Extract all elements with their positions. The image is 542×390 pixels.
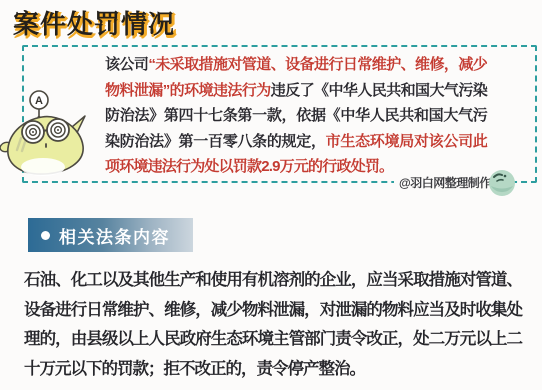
green-logo-stamp-icon: [487, 167, 517, 197]
law-article-text: 石油、化工以及其他生产和使用有机溶剂的企业，应当采取措施对管道、设备进行日常维护…: [24, 266, 522, 384]
antenna-label: A: [35, 95, 43, 107]
case-text-segment: 该公司: [105, 56, 148, 73]
section-header-banner: 相关法条内容: [28, 218, 193, 252]
infographic-page: 案件处罚情况 该公司“未采取措施对管道、设备进行日常维护、维修，减少物料泄漏”的…: [0, 0, 542, 390]
case-description: 该公司“未采取措施对管道、设备进行日常维护、维修，减少物料泄漏”的环境违法行为违…: [105, 52, 487, 180]
blob-mascot-icon: A: [0, 86, 94, 178]
bullet-dot-icon: [41, 231, 50, 240]
credit-watermark: @羽白网整理制作: [394, 174, 496, 191]
section-header-label: 相关法条内容: [59, 223, 170, 248]
page-title: 案件处罚情况: [13, 4, 175, 41]
